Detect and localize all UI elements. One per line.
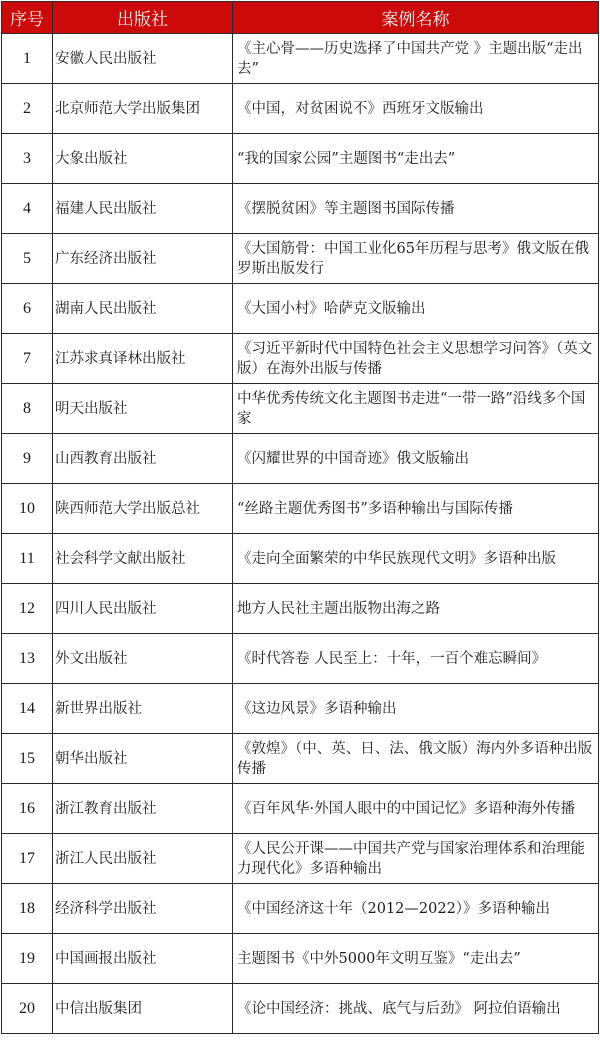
row-num: 20 xyxy=(2,984,53,1034)
row-publisher: 外文出版社 xyxy=(53,634,233,684)
table-row: 8明天出版社中华优秀传统文化主题图书走进“一带一路”沿线多个国家 xyxy=(2,384,599,434)
row-num: 13 xyxy=(2,634,53,684)
row-case: 地方人民社主题出版物出海之路 xyxy=(233,584,599,634)
row-num: 17 xyxy=(2,834,53,884)
row-case: 《论中国经济：挑战、底气与后劲》 阿拉伯语输出 xyxy=(233,984,599,1034)
table-row: 4福建人民出版社《摆脱贫困》等主题图书国际传播 xyxy=(2,184,599,234)
row-case: 《人民公开课——中国共产党与国家治理体系和治理能力现代化》多语种输出 xyxy=(233,834,599,884)
table-row: 12四川人民出版社地方人民社主题出版物出海之路 xyxy=(2,584,599,634)
table-body: 1安徽人民出版社《主心骨——历史选择了中国共产党 》主题出版“走出去” 2北京师… xyxy=(2,34,599,1034)
row-num: 8 xyxy=(2,384,53,434)
row-publisher: 山西教育出版社 xyxy=(53,434,233,484)
header-num: 序号 xyxy=(2,2,53,34)
row-publisher: 大象出版社 xyxy=(53,134,233,184)
table-row: 18经济科学出版社《中国经济这十年（2012—2022）》多语种输出 xyxy=(2,884,599,934)
row-case: 《走向全面繁荣的中华民族现代文明》多语种出版 xyxy=(233,534,599,584)
row-case: 《习近平新时代中国特色社会主义思想学习问答》（英文版）在海外出版与传播 xyxy=(233,334,599,384)
row-case: 《百年风华·外国人眼中的中国记忆》多语种海外传播 xyxy=(233,784,599,834)
row-num: 2 xyxy=(2,84,53,134)
row-num: 14 xyxy=(2,684,53,734)
row-case: 中华优秀传统文化主题图书走进“一带一路”沿线多个国家 xyxy=(233,384,599,434)
table-row: 1安徽人民出版社《主心骨——历史选择了中国共产党 》主题出版“走出去” xyxy=(2,34,599,84)
table-row: 2北京师范大学出版集团《中国，对贫困说不》西班牙文版输出 xyxy=(2,84,599,134)
table-row: 7江苏求真译林出版社《习近平新时代中国特色社会主义思想学习问答》（英文版）在海外… xyxy=(2,334,599,384)
row-publisher: 北京师范大学出版集团 xyxy=(53,84,233,134)
row-publisher: 四川人民出版社 xyxy=(53,584,233,634)
table-row: 17浙江人民出版社《人民公开课——中国共产党与国家治理体系和治理能力现代化》多语… xyxy=(2,834,599,884)
row-case: 《时代答卷 人民至上：十年，一百个难忘瞬间》 xyxy=(233,634,599,684)
row-num: 15 xyxy=(2,734,53,784)
row-case: 《大国小村》哈萨克文版输出 xyxy=(233,284,599,334)
table-row: 19中国画报出版社主题图书《中外5000年文明互鉴》“走出去” xyxy=(2,934,599,984)
row-case: 《大国筋骨：中国工业化65年历程与思考》俄文版在俄罗斯出版发行 xyxy=(233,234,599,284)
row-num: 4 xyxy=(2,184,53,234)
row-publisher: 中信出版集团 xyxy=(53,984,233,1034)
row-publisher: 明天出版社 xyxy=(53,384,233,434)
row-publisher: 陕西师范大学出版总社 xyxy=(53,484,233,534)
row-case: 《中国，对贫困说不》西班牙文版输出 xyxy=(233,84,599,134)
row-case: 《主心骨——历史选择了中国共产党 》主题出版“走出去” xyxy=(233,34,599,84)
row-num: 12 xyxy=(2,584,53,634)
table-row: 6湖南人民出版社《大国小村》哈萨克文版输出 xyxy=(2,284,599,334)
table-row: 13外文出版社《时代答卷 人民至上：十年，一百个难忘瞬间》 xyxy=(2,634,599,684)
row-publisher: 社会科学文献出版社 xyxy=(53,534,233,584)
row-case: “丝路主题优秀图书”多语种输出与国际传播 xyxy=(233,484,599,534)
table-row: 9山西教育出版社《闪耀世界的中国奇迹》俄文版输出 xyxy=(2,434,599,484)
row-case: 《这边风景》多语种输出 xyxy=(233,684,599,734)
table-row: 3大象出版社“我的国家公园”主题图书“走出去” xyxy=(2,134,599,184)
header-case: 案例名称 xyxy=(233,2,599,34)
table-row: 5广东经济出版社《大国筋骨：中国工业化65年历程与思考》俄文版在俄罗斯出版发行 xyxy=(2,234,599,284)
table-row: 10陕西师范大学出版总社“丝路主题优秀图书”多语种输出与国际传播 xyxy=(2,484,599,534)
row-publisher: 广东经济出版社 xyxy=(53,234,233,284)
row-publisher: 安徽人民出版社 xyxy=(53,34,233,84)
row-publisher: 湖南人民出版社 xyxy=(53,284,233,334)
row-num: 11 xyxy=(2,534,53,584)
table-row: 16浙江教育出版社《百年风华·外国人眼中的中国记忆》多语种海外传播 xyxy=(2,784,599,834)
row-publisher: 浙江教育出版社 xyxy=(53,784,233,834)
case-table: 序号 出版社 案例名称 1安徽人民出版社《主心骨——历史选择了中国共产党 》主题… xyxy=(1,1,599,1034)
row-publisher: 福建人民出版社 xyxy=(53,184,233,234)
row-num: 7 xyxy=(2,334,53,384)
row-publisher: 江苏求真译林出版社 xyxy=(53,334,233,384)
row-case: 《闪耀世界的中国奇迹》俄文版输出 xyxy=(233,434,599,484)
row-num: 10 xyxy=(2,484,53,534)
case-table-container: 序号 出版社 案例名称 1安徽人民出版社《主心骨——历史选择了中国共产党 》主题… xyxy=(1,1,598,1034)
row-num: 5 xyxy=(2,234,53,284)
row-num: 18 xyxy=(2,884,53,934)
row-num: 3 xyxy=(2,134,53,184)
row-publisher: 中国画报出版社 xyxy=(53,934,233,984)
row-num: 1 xyxy=(2,34,53,84)
row-publisher: 浙江人民出版社 xyxy=(53,834,233,884)
row-case: “我的国家公园”主题图书“走出去” xyxy=(233,134,599,184)
row-case: 《摆脱贫困》等主题图书国际传播 xyxy=(233,184,599,234)
table-row: 15朝华出版社《敦煌》（中、英、日、法、俄文版）海内外多语种出版传播 xyxy=(2,734,599,784)
table-row: 14新世界出版社《这边风景》多语种输出 xyxy=(2,684,599,734)
table-row: 11社会科学文献出版社《走向全面繁荣的中华民族现代文明》多语种出版 xyxy=(2,534,599,584)
row-publisher: 经济科学出版社 xyxy=(53,884,233,934)
row-case: 主题图书《中外5000年文明互鉴》“走出去” xyxy=(233,934,599,984)
row-num: 9 xyxy=(2,434,53,484)
row-publisher: 朝华出版社 xyxy=(53,734,233,784)
row-case: 《中国经济这十年（2012—2022）》多语种输出 xyxy=(233,884,599,934)
header-publisher: 出版社 xyxy=(53,2,233,34)
table-header: 序号 出版社 案例名称 xyxy=(2,2,599,34)
row-num: 16 xyxy=(2,784,53,834)
table-row: 20中信出版集团《论中国经济：挑战、底气与后劲》 阿拉伯语输出 xyxy=(2,984,599,1034)
row-case: 《敦煌》（中、英、日、法、俄文版）海内外多语种出版传播 xyxy=(233,734,599,784)
row-num: 19 xyxy=(2,934,53,984)
header-row: 序号 出版社 案例名称 xyxy=(2,2,599,34)
row-publisher: 新世界出版社 xyxy=(53,684,233,734)
row-num: 6 xyxy=(2,284,53,334)
